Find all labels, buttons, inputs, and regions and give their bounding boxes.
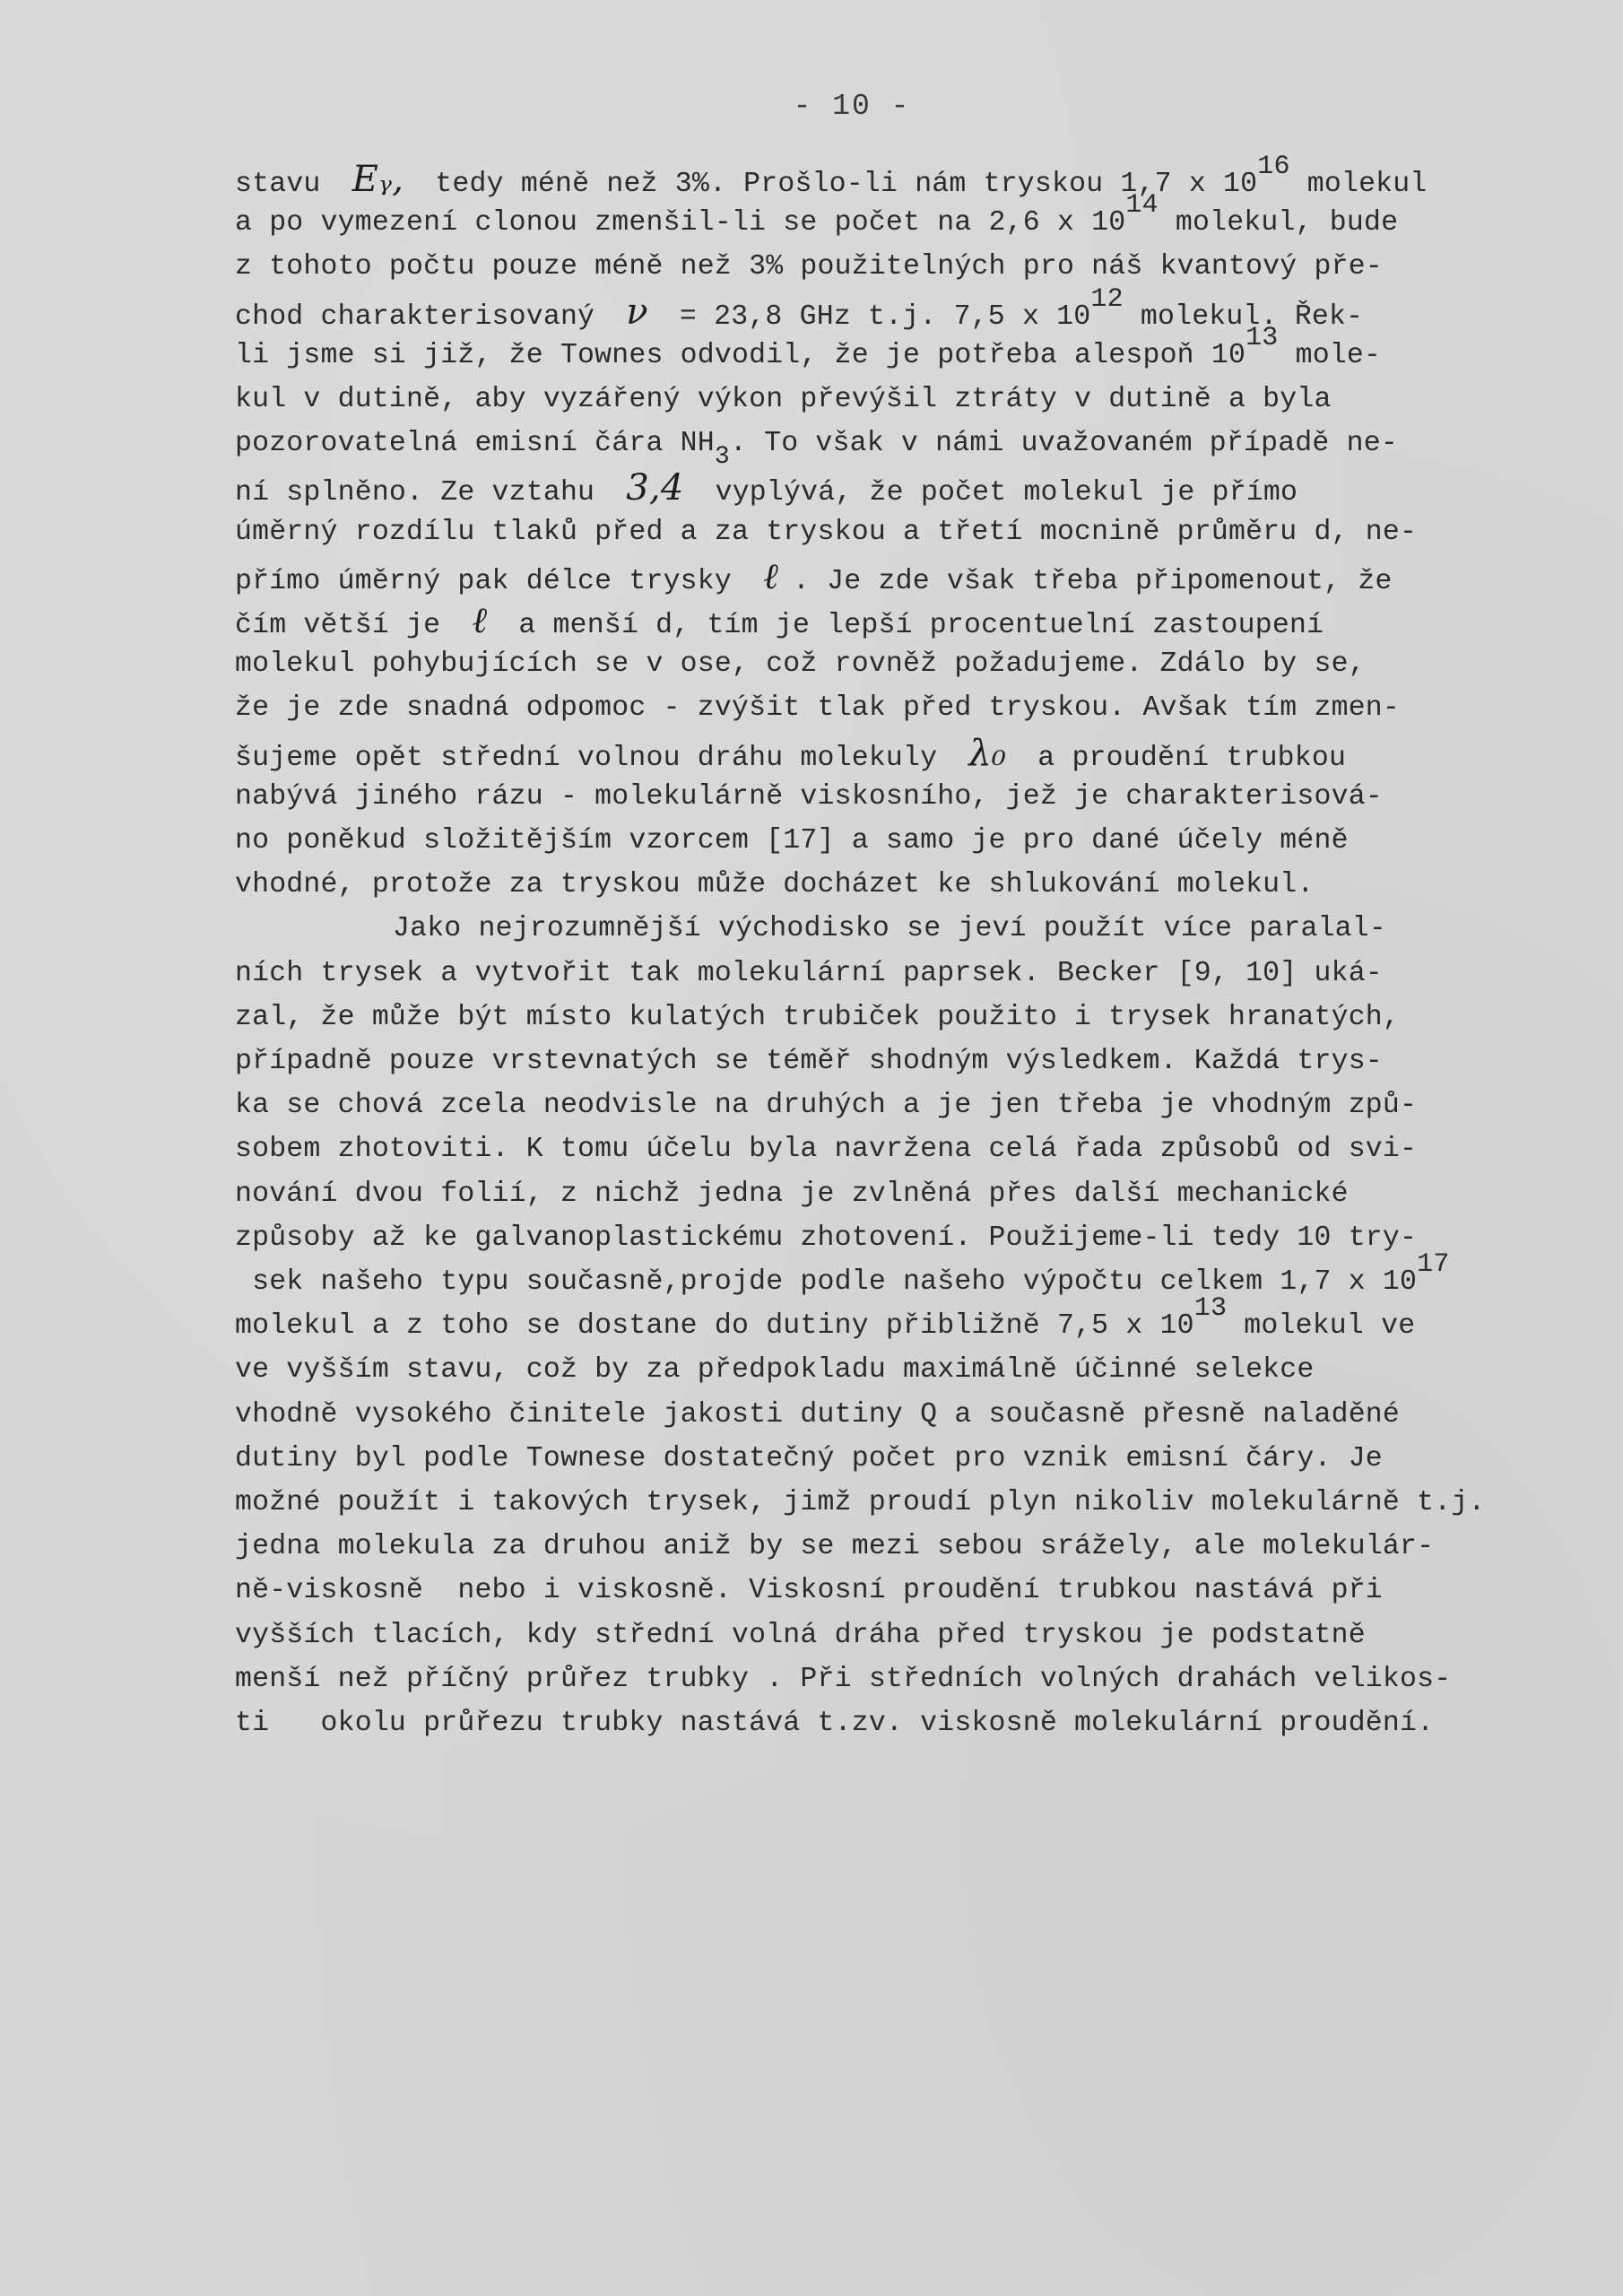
text-line: způsoby až ke galvanoplastickému zhotove… [235,1221,1417,1257]
text-run: dutiny byl podle Townese dostatečný poče… [235,1443,1383,1474]
text-run: molekul pohybujících se v ose, což rovně… [235,648,1366,680]
text-line: zal, že může být místo kulatých trubiček… [235,1000,1400,1036]
text-line: přímo úměrný pak délce trysky ℓ. Je zde … [235,559,1393,600]
text-run: nování dvou folií, z nichž jedna je zvln… [235,1178,1349,1210]
text-run: možné použít i takových trysek, jimž pro… [235,1487,1486,1518]
text-run: přímo úměrný pak délce trysky [235,566,749,597]
text-run: no poněkud složitějším vzorcem [17] a sa… [235,825,1349,857]
text-line: menší než příčný průřez trubky . Při stř… [235,1662,1451,1698]
text-run: vhodné, protože za tryskou může docházet… [235,869,1315,900]
text-line: a po vymezení clonou zmenšil-li se počet… [235,205,1398,241]
text-run: menší než příčný průřez trubky . Při stř… [235,1664,1451,1695]
text-run: molekul [1290,169,1428,200]
text-line: pozorovatelná emisní čára NH3. To však v… [235,426,1398,463]
text-line: ve vyšším stavu, což by za předpokladu m… [235,1352,1315,1388]
text-run: pozorovatelná emisní čára NH [235,428,715,459]
text-line: molekul a z toho se dostane do dutiny př… [235,1309,1415,1344]
text-line: možné použít i takových trysek, jimž pro… [235,1485,1486,1521]
text-line: sek našeho typu současně,projde podle na… [235,1265,1450,1300]
text-run: a menší d, tím je lepší procentuelní zas… [501,610,1324,641]
text-line: úměrný rozdílu tlaků před a za tryskou a… [235,515,1417,551]
text-run: ve vyšším stavu, což by za předpokladu m… [235,1354,1315,1386]
text-run: kul v dutině, aby vyzářený výkon převýši… [235,384,1332,415]
text-line: kul v dutině, aby vyzářený výkon převýši… [235,382,1332,418]
text-run: ní splněno. Ze vztahu [235,477,612,509]
text-run: . Je zde však třeba připomenout, že [793,566,1393,597]
text-run: li jsme si již, že Townes odvodil, že je… [235,340,1245,371]
text-run: . To však v námi uvažovaném případě ne- [730,428,1398,459]
text-run: ně-viskosně nebo i viskosně. Viskosní pr… [235,1575,1383,1606]
text-line: ních trysek a vytvořit tak molekulární p… [235,956,1383,992]
text-run: Jako nejrozumnější východisko se jeví po… [393,913,1386,944]
text-run: chod charakterisovaný [235,301,612,333]
text-run: čím větší je [235,610,457,641]
text-line: z tohoto počtu pouze méně než 3% použite… [235,249,1383,285]
text-line: jedna molekula za druhou aniž by se mezi… [235,1529,1434,1565]
handwritten-symbol: ν [612,291,663,333]
text-run: ka se chová zcela neodvisle na druhých a… [235,1090,1417,1121]
text-run: molekul a z toho se dostane do dutiny př… [235,1310,1194,1342]
handwritten-symbol: ℓ [457,600,501,641]
text-run: molekul ve [1227,1310,1415,1342]
text-run: šujeme opět střední volnou dráhu molekul… [235,743,954,774]
text-run: z tohoto počtu pouze méně než 3% použite… [235,251,1383,283]
text-line: případně pouze vrstevnatých se téměř sho… [235,1044,1383,1080]
text-run: vhodně vysokého činitele jakosti dutiny … [235,1399,1400,1431]
text-run: sek našeho typu současně,projde podle na… [235,1266,1417,1298]
superscript-exponent: 13 [1194,1293,1227,1324]
text-run: úměrný rozdílu tlaků před a za tryskou a… [235,517,1417,548]
text-line: ně-viskosně nebo i viskosně. Viskosní pr… [235,1573,1383,1609]
text-run: způsoby až ke galvanoplastickému zhotove… [235,1222,1417,1254]
text-line: sobem zhotoviti. K tomu účelu byla navrž… [235,1132,1417,1168]
text-run: zal, že může být místo kulatých trubiček… [235,1002,1400,1033]
text-run: a po vymezení clonou zmenšil-li se počet… [235,207,1125,239]
text-line: ní splněno. Ze vztahu 3,4 vyplývá, že po… [235,470,1298,511]
text-run: stavu [235,169,338,200]
text-line: chod charakterisovaný ν = 23,8 GHz t.j. … [235,294,1363,335]
text-run: = 23,8 GHz t.j. 7,5 x 10 [663,301,1091,333]
text-line: čím větší je ℓ a menší d, tím je lepší p… [235,603,1324,644]
text-line: li jsme si již, že Townes odvodil, že je… [235,338,1381,374]
text-run: nabývá jiného rázu - molekulárně viskosn… [235,781,1383,813]
text-line: vyšších tlacích, kdy střední volná dráha… [235,1618,1366,1654]
text-line: šujeme opět střední volnou dráhu molekul… [235,735,1346,777]
text-run: případně pouze vrstevnatých se téměř sho… [235,1046,1383,1077]
superscript-exponent: 13 [1245,323,1278,353]
text-line: no poněkud složitějším vzorcem [17] a sa… [235,823,1349,859]
text-line: že je zde snadná odpomoc - zvýšit tlak p… [235,691,1400,726]
superscript-exponent: 17 [1417,1249,1449,1280]
text-run: vyplývá, že počet molekul je přímo [699,477,1298,509]
text-run: sobem zhotoviti. K tomu účelu byla navrž… [235,1134,1417,1165]
text-line: stavu Eᵧ, tedy méně než 3%. Prošlo-li ná… [235,161,1428,203]
handwritten-symbol: ℓ [749,556,793,597]
text-run: že je zde snadná odpomoc - zvýšit tlak p… [235,692,1400,724]
text-run: molekul, bude [1159,207,1398,239]
text-line: ti okolu průřezu trubky nastává t.zv. vi… [235,1706,1434,1742]
text-line: ka se chová zcela neodvisle na druhých a… [235,1088,1417,1124]
text-run: mole- [1279,340,1382,371]
text-run: ti okolu průřezu trubky nastává t.zv. vi… [235,1708,1434,1739]
superscript-exponent: 12 [1090,284,1123,315]
document-page: - 10 - stavu Eᵧ, tedy méně než 3%. Prošl… [0,0,1623,2296]
text-line: vhodné, protože za tryskou může docházet… [235,867,1315,903]
text-line: molekul pohybujících se v ose, což rovně… [235,647,1366,683]
text-line: Jako nejrozumnější východisko se jeví po… [393,911,1386,947]
subscript: 3 [715,443,730,471]
handwritten-symbol: λ₀ [954,733,1020,774]
superscript-exponent: 14 [1125,190,1158,221]
text-run: a proudění trubkou [1020,743,1346,774]
text-line: nování dvou folií, z nichž jedna je zvln… [235,1177,1349,1213]
page-number: - 10 - [0,90,1623,123]
text-run: ních trysek a vytvořit tak molekulární p… [235,958,1383,989]
text-line: vhodně vysokého činitele jakosti dutiny … [235,1397,1400,1433]
handwritten-symbol: 3,4 [612,467,698,509]
text-run: molekul. Řek- [1124,301,1363,333]
text-run: jedna molekula za druhou aniž by se mezi… [235,1531,1434,1562]
text-run: vyšších tlacích, kdy střední volná dráha… [235,1620,1366,1651]
text-line: dutiny byl podle Townese dostatečný poče… [235,1441,1383,1477]
handwritten-symbol: Eᵧ, [338,159,419,200]
text-line: nabývá jiného rázu - molekulárně viskosn… [235,779,1383,815]
superscript-exponent: 16 [1257,152,1289,182]
